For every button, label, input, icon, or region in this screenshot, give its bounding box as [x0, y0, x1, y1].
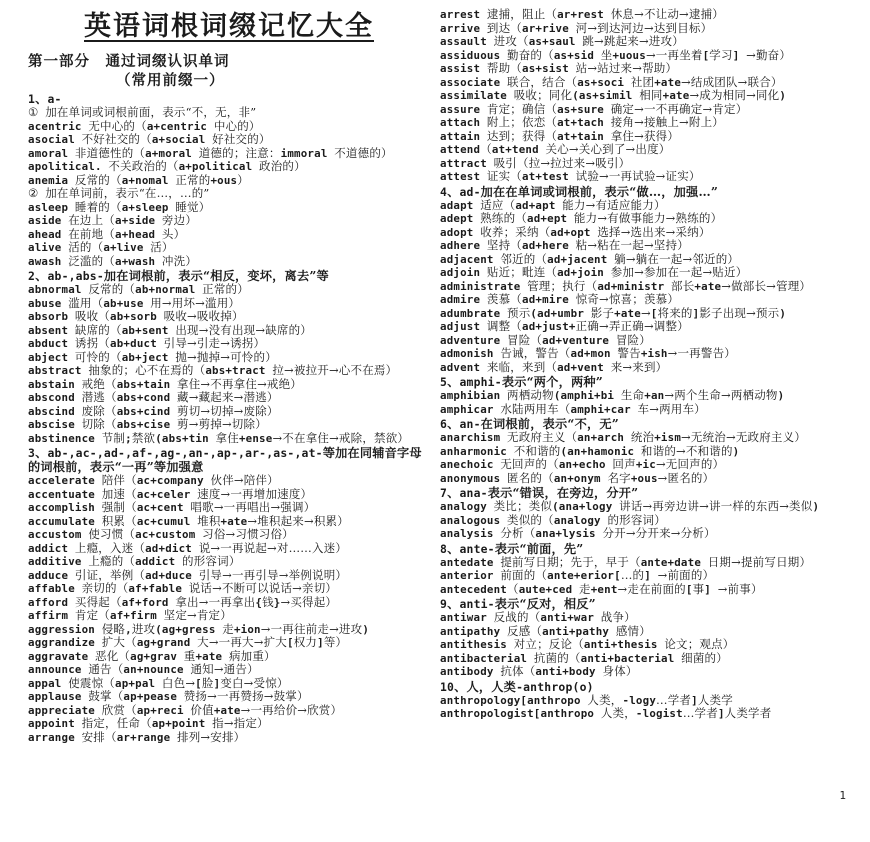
entry-line: accumulate 积累（ac+cumul 堆积+ate→堆积起来→积累）	[28, 515, 430, 529]
section-heading: 7、ana-表示“错误，在旁边，分开”	[440, 486, 860, 500]
entry-line: amoral 非道德性的（a+moral 道德的；注意：immoral 不道德的…	[28, 147, 430, 161]
entry-line: aggravate 恶化（ag+grav 重+ate 病加重）	[28, 650, 430, 664]
section-heading: 6、an-在词根前，表示“不，无”	[440, 417, 860, 431]
entry-line: aggrandize 扩大（ag+grand 大→一再大→扩大[权力]等）	[28, 636, 430, 650]
section-heading: 4、ad-加在在单词或词根前，表示“做…，加强…”	[440, 185, 860, 199]
entry-line: asleep 睡着的（a+sleep 睡觉）	[28, 201, 430, 215]
entry-line: adventure 冒险（ad+venture 冒险）	[440, 334, 860, 348]
left-column: 英语词根词缀记忆大全第一部分 通过词缀认识单词（常用前缀一）1、a-① 加在单词…	[28, 8, 430, 842]
entry-line: appoint 指定，任命（ap+point 指→指定）	[28, 717, 430, 731]
section-heading: 5、amphi-表示“两个，两种”	[440, 375, 860, 389]
entry-line: affirm 肯定（af+firm 坚定→肯定）	[28, 609, 430, 623]
entry-line: accelerate 陪伴（ac+company 伙伴→陪伴）	[28, 474, 430, 488]
entry-line: antedate 提前写日期；先于，早于（ante+date 日期→提前写日期）	[440, 556, 860, 570]
section-heading: 3、ab-,ac-,ad-,af-,ag-,an-,ap-,ar-,as-,at…	[28, 446, 430, 474]
entry-line: anemia 反常的（a+nomal 正常的+ous）	[28, 174, 430, 188]
page-number: 1	[839, 789, 846, 802]
entry-line: accentuate 加速（ac+celer 速度→一再增加速度）	[28, 488, 430, 502]
entry-line: abscond 潜逃（abs+cond 藏→藏起来→潜逃）	[28, 391, 430, 405]
entry-line: analogy 类比；类似(ana+logy 讲话→再旁边讲→讲一样的东西→类似…	[440, 500, 860, 514]
entry-line: abuse 滥用（ab+use 用→用坏→滥用）	[28, 297, 430, 311]
section-heading: 8、ante-表示“前面，先”	[440, 542, 860, 556]
entry-line: adjoin 贴近；毗连（ad+join 参加→参加在一起→贴近）	[440, 266, 860, 280]
entry-line: antecedent（aute+ced 走+ent→走在前面的[事] →前事）	[440, 583, 860, 597]
entry-line: anechoic 无回声的（an+echo 回声+ic→无回声的）	[440, 458, 860, 472]
entry-line: asocial 不好社交的（a+social 好社交的）	[28, 133, 430, 147]
entry-line: aside 在边上（a+side 旁边）	[28, 214, 430, 228]
entry-line: administrate 管理；执行（ad+ministr 部长+ate→做部长…	[440, 280, 860, 294]
entry-line: applause 鼓掌（ap+pease 赞扬→一再赞扬→鼓掌）	[28, 690, 430, 704]
entry-line: adapt 适应（ad+apt 能力→有适应能力）	[440, 199, 860, 213]
section-heading: 9、anti-表示“反对，相反”	[440, 597, 860, 611]
entry-line: assist 帮助（as+sist 站→站过来→帮助）	[440, 62, 860, 76]
entry-line: adopt 收养；采纳（ad+opt 选择→选出来→采纳）	[440, 226, 860, 240]
entry-line: awash 泛滥的（a+wash 冲洗）	[28, 255, 430, 269]
entry-line: abstract 抽象的；心不在焉的（abs+tract 拉→被拉开→心不在焉）	[28, 364, 430, 378]
section-heading: 10、人，人类-anthrop(o)	[440, 680, 860, 694]
entry-line: alive 活的（a+live 活）	[28, 241, 430, 255]
entry-line: anthropologist[anthropo 人类，-logist…学者]人类…	[440, 707, 860, 721]
entry-line: amphibian 两栖动物(amphi+bi 生命+an→两个生命→两栖动物)	[440, 389, 860, 403]
entry-line: ① 加在单词或词根前面，表示“不，无，非”	[28, 106, 430, 120]
entry-line: ② 加在单词前，表示“在…，…的”	[28, 187, 430, 201]
entry-line: appal 使震惊（ap+pal 白色→[脸]变白→受惊）	[28, 677, 430, 691]
entry-line: adept 熟练的（ad+ept 能力→有做事能力→熟练的）	[440, 212, 860, 226]
entry-line: appreciate 欣赏（ap+reci 价值+ate→一再给价→欣赏）	[28, 704, 430, 718]
entry-line: antibody 抗体（anti+body 身体）	[440, 665, 860, 679]
entry-line: abstain 戒绝（abs+tain 拿住→不再拿住→戒绝）	[28, 378, 430, 392]
entry-line: abduct 诱拐（ab+duct 引导→引走→诱拐）	[28, 337, 430, 351]
section-heading: 1、a-	[28, 92, 430, 106]
entry-line: ahead 在前地（a+head 头）	[28, 228, 430, 242]
entry-line: attest 证实（at+test 试验→一再试验→证实）	[440, 170, 860, 184]
entry-line: antiwar 反战的（anti+war 战争）	[440, 611, 860, 625]
entry-line: attain 达到；获得（at+tain 拿住→获得）	[440, 130, 860, 144]
entry-line: assimilate 吸收；同化(as+simil 相同+ate→成为相同→同化…	[440, 89, 860, 103]
entry-line: accomplish 强制（ac+cent 唱歌→一再唱出→强调）	[28, 501, 430, 515]
entry-line: associate 联合，结合（as+soci 社团+ate→结成团队→联合）	[440, 76, 860, 90]
entry-line: abscise 切除（abs+cise 剪→剪掉→切除）	[28, 418, 430, 432]
entry-line: analogous 类似的（analogy 的形容词）	[440, 514, 860, 528]
entry-line: adhere 坚持（ad+here 粘→粘在一起→坚持）	[440, 239, 860, 253]
entry-line: apolitical. 不关政治的（a+political 政治的）	[28, 160, 430, 174]
entry-line: antithesis 对立；反论（anti+thesis 论文；观点）	[440, 638, 860, 652]
entry-line: affable 亲切的（af+fable 说话→不断可以说话→亲切）	[28, 582, 430, 596]
entry-line: announce 通告（an+nounce 通知→通告）	[28, 663, 430, 677]
entry-line: assiduous 勤奋的（as+sid 坐+uous→一再坐着[学习] →勤奋…	[440, 49, 860, 63]
entry-line: admonish 告诫，警告（ad+mon 警告+ish→一再警告）	[440, 347, 860, 361]
entry-line: adduce 引证，举例（ad+duce 引导→一再引导→举例说明）	[28, 569, 430, 583]
entry-line: assure 肯定；确信（as+sure 确定→一不再确定→肯定）	[440, 103, 860, 117]
entry-line: antipathy 反感（anti+pathy 感情）	[440, 625, 860, 639]
entry-line: anarchism 无政府主义（an+arch 统治+ism→无统治→无政府主义…	[440, 431, 860, 445]
entry-line: abstinence 节制;禁欲(abs+tin 拿住+ense→不在拿住→戒除…	[28, 432, 430, 446]
document-page: 英语词根词缀记忆大全第一部分 通过词缀认识单词（常用前缀一）1、a-① 加在单词…	[0, 0, 870, 842]
entry-line: arrange 安排（ar+range 排列→安排）	[28, 731, 430, 745]
entry-line: abject 可怜的（ab+ject 抛→抛掉→可怜的）	[28, 351, 430, 365]
entry-line: absent 缺席的（ab+sent 出现→没有出现→缺席的）	[28, 324, 430, 338]
entry-line: attract 吸引（拉→拉过来→吸引）	[440, 157, 860, 171]
entry-line: afford 买得起（af+ford 拿出→一再拿出{钱}→买得起）	[28, 596, 430, 610]
entry-line: aggression 侵略,进攻(ag+gress 走+ion→一再往前走→进攻…	[28, 623, 430, 637]
entry-line: admire 羡慕（ad+mire 惊奇→惊喜；羡慕）	[440, 293, 860, 307]
entry-line: adumbrate 预示(ad+umbr 影子+ate→[将来的]影子出现→预示…	[440, 307, 860, 321]
entry-line: arrive 到达（ar+rive 河→到达河边→达到目标）	[440, 22, 860, 36]
entry-line: attend（at+tend 关心→关心到了→出度）	[440, 143, 860, 157]
part-heading: 第一部分 通过词缀认识单词	[28, 52, 430, 71]
entry-line: anthropology[anthropo 人类，-logy…学者]人类学	[440, 694, 860, 708]
entry-line: arrest 逮捕，阻止（ar+rest 休息→不让动→逮捕）	[440, 8, 860, 22]
entry-line: abnormal 反常的（ab+normal 正常的）	[28, 283, 430, 297]
entry-line: attach 附上；依恋（at+tach 接角→接触上→附上）	[440, 116, 860, 130]
entry-line: assault 进攻（as+saul 跳→跳起来→进攻）	[440, 35, 860, 49]
entry-line: anharmonic 不和谐的(an+hamonic 和谐的→不和谐的)	[440, 445, 860, 459]
part-subheading: （常用前缀一）	[28, 71, 430, 90]
right-column: arrest 逮捕，阻止（ar+rest 休息→不让动→逮捕）arrive 到达…	[440, 8, 860, 842]
entry-line: additive 上瘾的（addict 的形容词）	[28, 555, 430, 569]
entry-line: absorb 吸收（ab+sorb 吸收→吸收掉）	[28, 310, 430, 324]
entry-line: acentric 无中心的（a+centric 中心的）	[28, 120, 430, 134]
document-title: 英语词根词缀记忆大全	[28, 8, 430, 44]
entry-line: adjacent 邻近的（ad+jacent 躺→躺在一起→邻近的）	[440, 253, 860, 267]
entry-line: anterior 前面的（ante+erior[…的] →前面的）	[440, 569, 860, 583]
entry-line: adjust 调整（ad+just+正确→弄正确→调整）	[440, 320, 860, 334]
entry-line: anonymous 匿名的（an+onym 名字+ous→匿名的）	[440, 472, 860, 486]
entry-line: amphicar 水陆两用车（amphi+car 车→两用车）	[440, 403, 860, 417]
section-heading: 2、ab-,abs-加在词根前，表示“相反，变坏，离去”等	[28, 269, 430, 283]
entry-line: abscind 废除（abs+cind 剪切→切掉→废除）	[28, 405, 430, 419]
entry-line: antibacterial 抗菌的（anti+bacterial 细菌的）	[440, 652, 860, 666]
entry-line: accustom 使习惯（ac+custom 习俗→习惯习俗）	[28, 528, 430, 542]
entry-line: addict 上瘾，入迷（ad+dict 说→一再说起→对……入迷）	[28, 542, 430, 556]
entry-line: advent 来临，来到（ad+vent 来→来到）	[440, 361, 860, 375]
entry-line: analysis 分析（ana+lysis 分开→分开来→分析）	[440, 527, 860, 541]
